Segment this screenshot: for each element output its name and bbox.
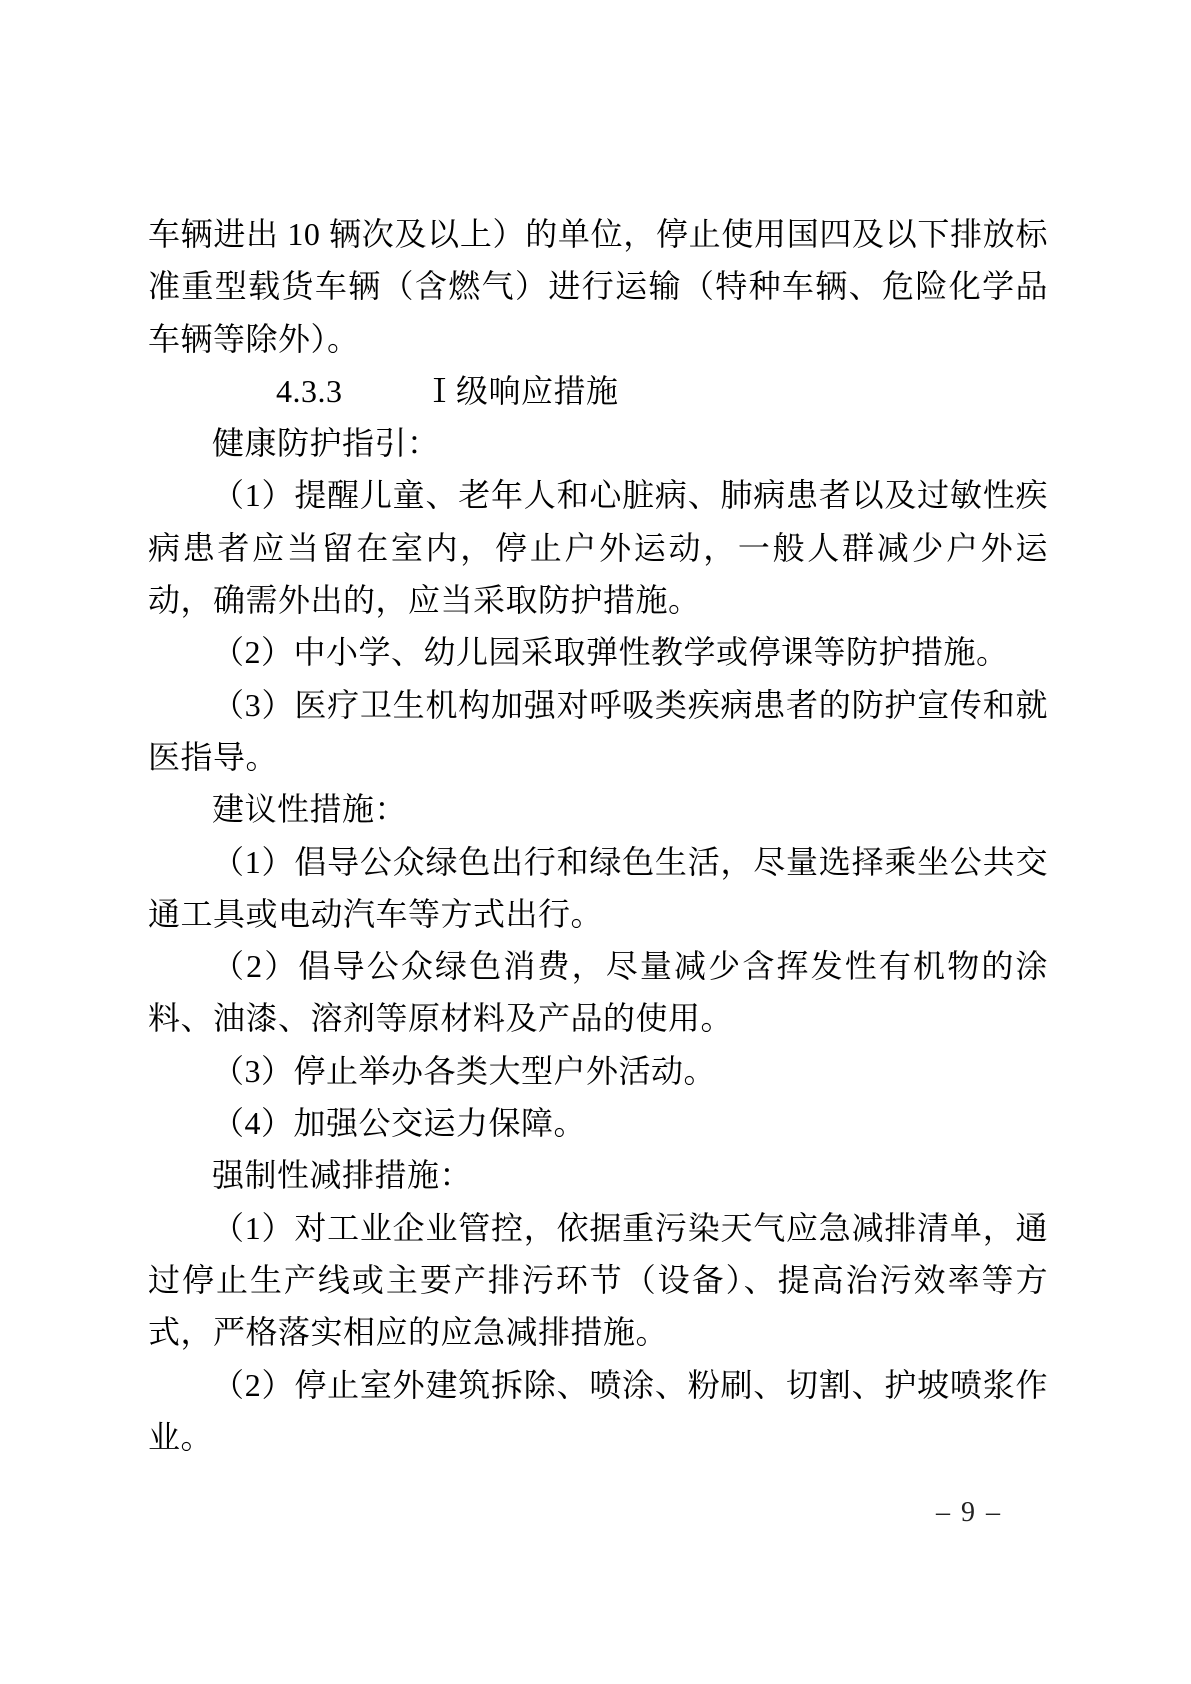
list-item-suggested-3: （3）停止举办各类大型户外活动。 bbox=[148, 1045, 1048, 1097]
list-item-health-1: （1）提醒儿童、老年人和心脏病、肺病患者以及过敏性疾病患者应当留在室内，停止户外… bbox=[148, 469, 1048, 626]
subsection-label-suggested-measures: 建议性措施： bbox=[148, 783, 1048, 835]
section-heading: 4.3.3Ⅰ级响应措施 bbox=[148, 365, 1048, 417]
subsection-label-health-protection: 健康防护指引： bbox=[148, 417, 1048, 469]
document-page: 车辆进出 10 辆次及以上）的单位，停止使用国四及以下排放标准重型载货车辆（含燃… bbox=[0, 0, 1191, 1684]
list-item-mandatory-1: （1）对工业企业管控，依据重污染天气应急减排清单，通过停止生产线或主要产排污环节… bbox=[148, 1202, 1048, 1359]
list-item-health-3: （3）医疗卫生机构加强对呼吸类疾病患者的防护宣传和就医指导。 bbox=[148, 679, 1048, 784]
document-body: 车辆进出 10 辆次及以上）的单位，停止使用国四及以下排放标准重型载货车辆（含燃… bbox=[148, 208, 1048, 1463]
list-item-suggested-1: （1）倡导公众绿色出行和绿色生活，尽量选择乘坐公共交通工具或电动汽车等方式出行。 bbox=[148, 836, 1048, 941]
list-item-mandatory-2: （2）停止室外建筑拆除、喷涂、粉刷、切割、护坡喷浆作业。 bbox=[148, 1359, 1048, 1464]
page-number: – 9 – bbox=[936, 1496, 1002, 1530]
paragraph-continuation: 车辆进出 10 辆次及以上）的单位，停止使用国四及以下排放标准重型载货车辆（含燃… bbox=[148, 208, 1048, 365]
list-item-health-2: （2）中小学、幼儿园采取弹性教学或停课等防护措施。 bbox=[148, 626, 1048, 678]
section-heading-number: 4.3.3 bbox=[212, 365, 343, 417]
list-item-suggested-4: （4）加强公交运力保障。 bbox=[148, 1097, 1048, 1149]
subsection-label-mandatory-reduction: 强制性减排措施： bbox=[148, 1149, 1048, 1201]
section-heading-title: Ⅰ级响应措施 bbox=[360, 365, 619, 417]
list-item-suggested-2: （2）倡导公众绿色消费，尽量减少含挥发性有机物的涂料、油漆、溶剂等原材料及产品的… bbox=[148, 940, 1048, 1045]
